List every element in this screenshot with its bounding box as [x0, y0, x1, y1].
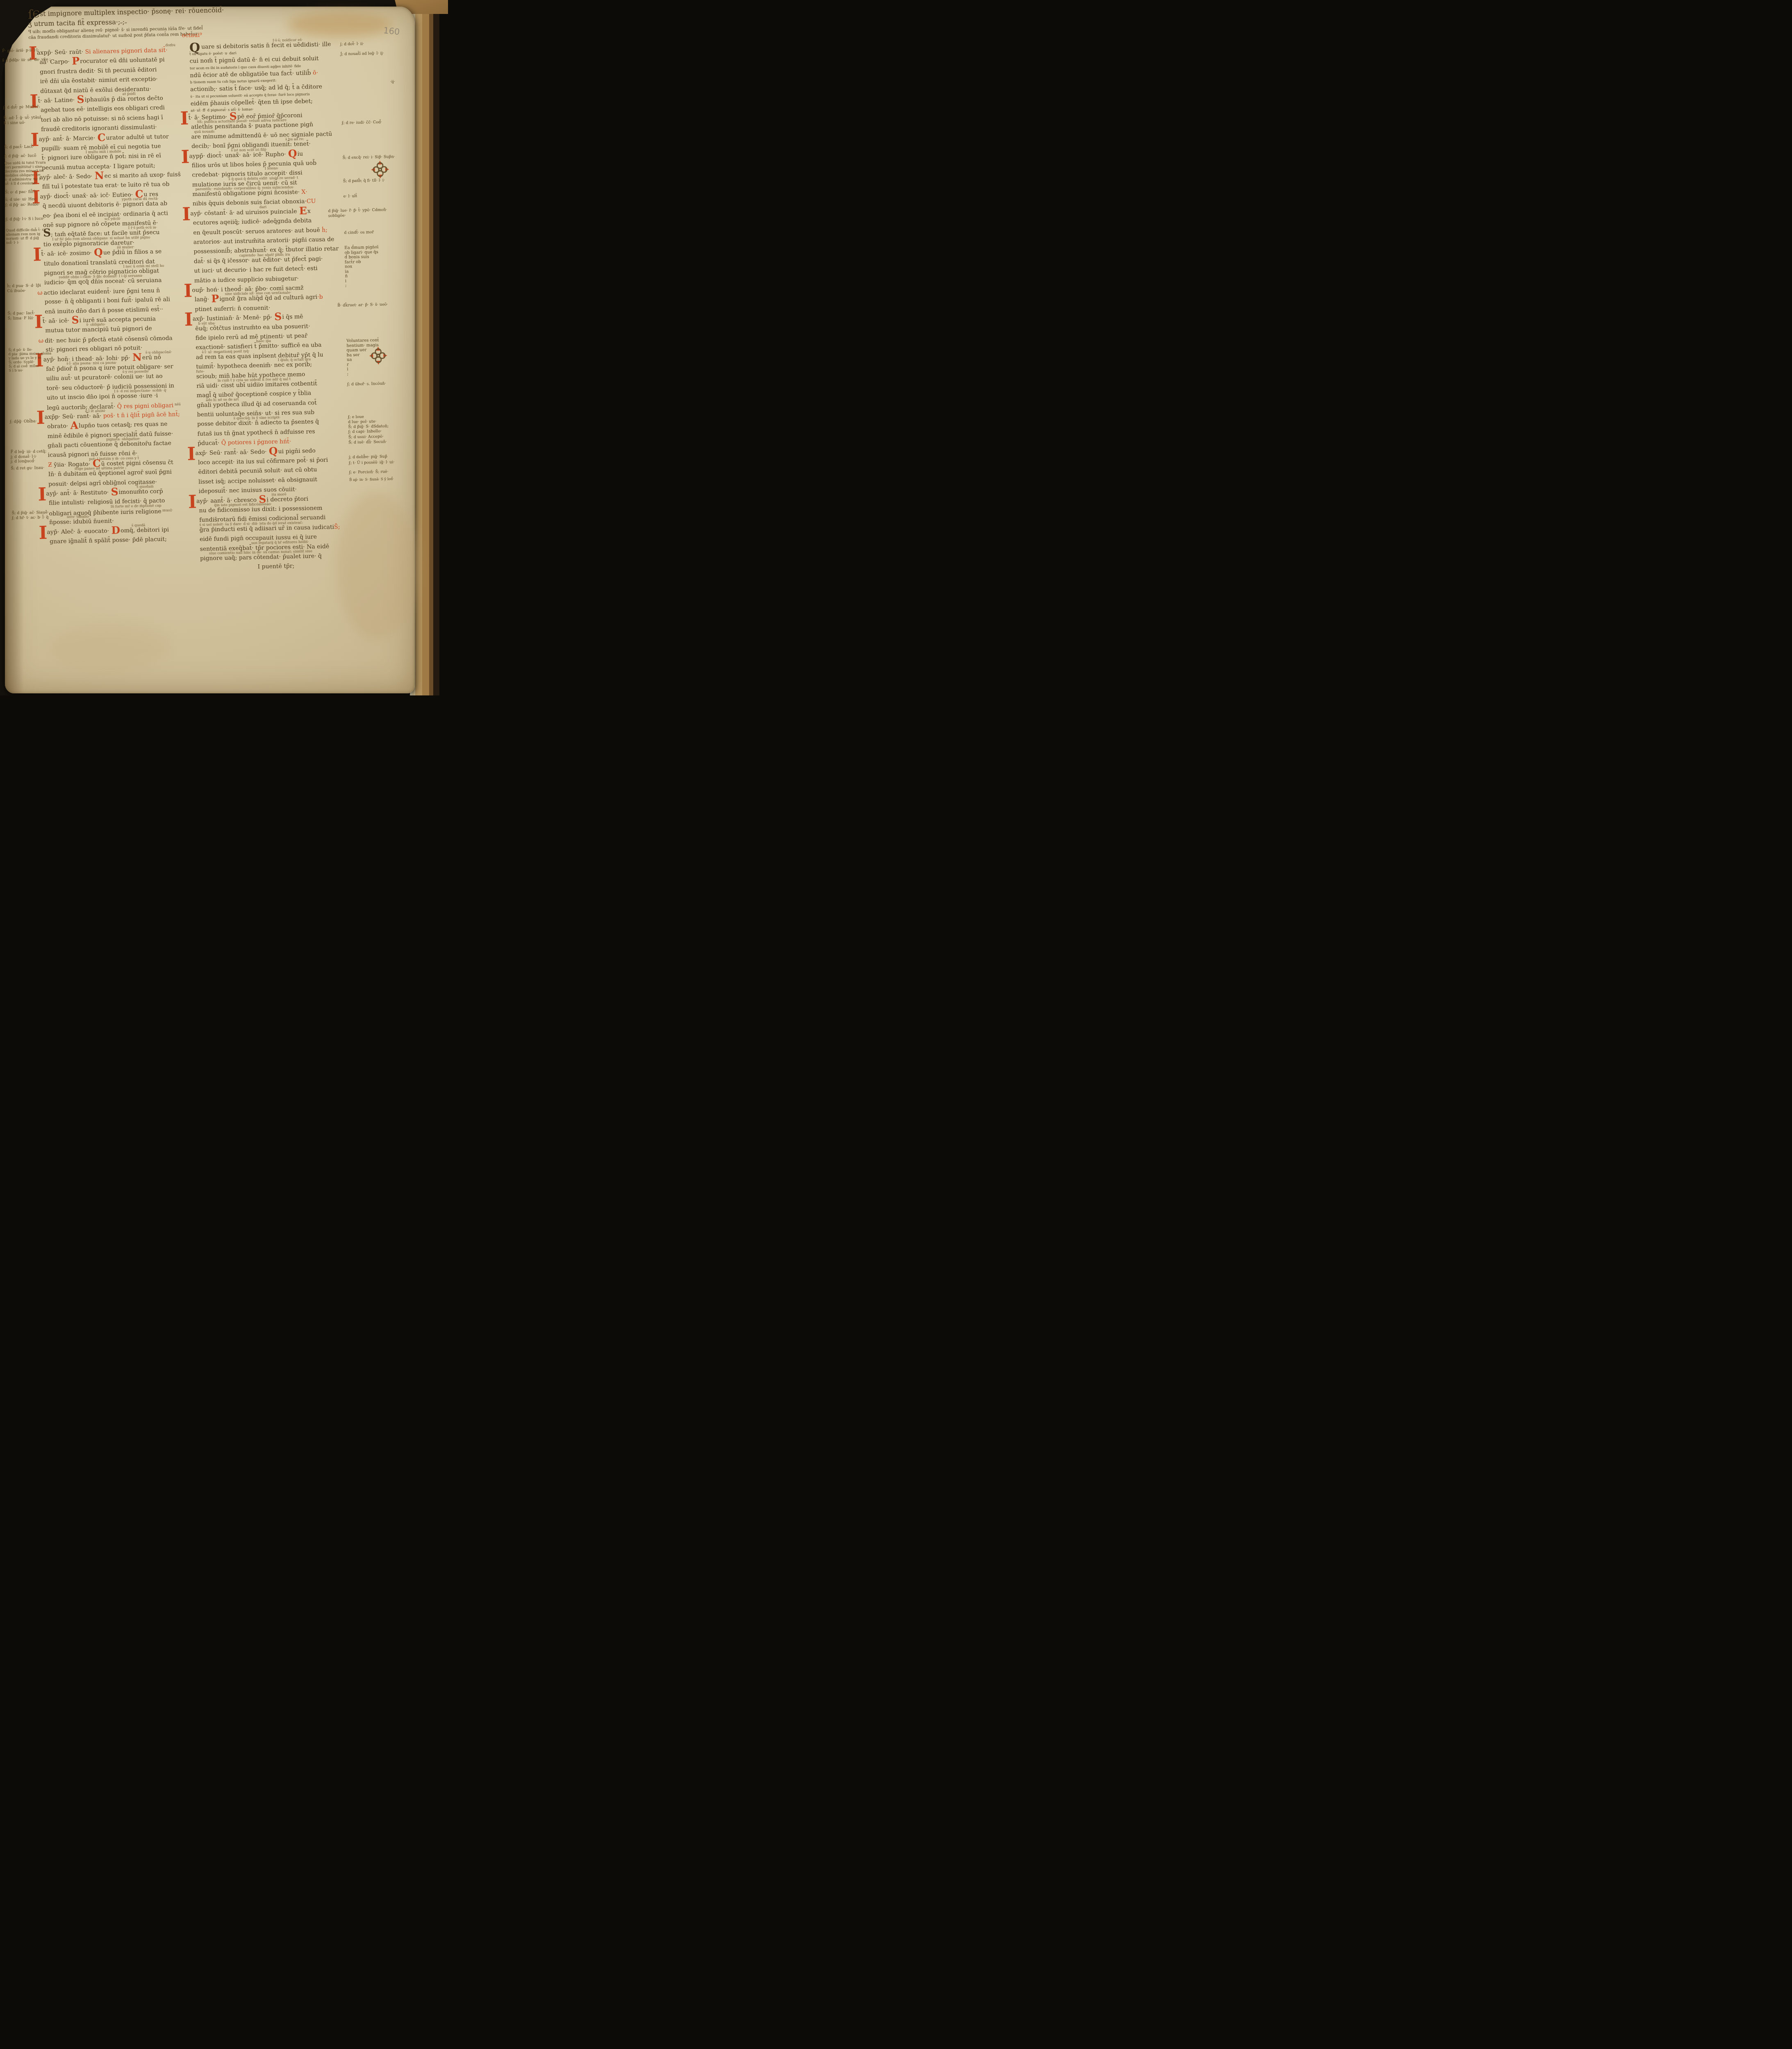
marginal-gloss: S̄; d p̄ig̃· ac̄· Siaue̊·ʄ; d hr̄· t· ac…: [12, 510, 49, 520]
text-segment: ec si marito an̄ uxop· fuiss̄: [105, 171, 181, 179]
text-segment: Q̄ potiores i p̄gnore hńt̄·: [221, 438, 291, 447]
text-segment: q̄ necdū uiuont debitoris ē· pignori dat…: [43, 200, 168, 209]
interlinear-gloss: I multo min̄ i mobile: [86, 150, 121, 154]
text-segment: dit· nec huic p̄ pfectā etatē cōsensū cō…: [45, 335, 173, 344]
text-segment: uiliu aut̄· ut pcuratorē· colonii ue· iu…: [46, 373, 163, 382]
marginal-gloss: S̄; ad· l̄· g̃· ut̄· ytāul S i sine uō·: [3, 115, 41, 125]
text-segment: nibis q̄quis debonis suis faciat obnoxia…: [193, 198, 307, 207]
book-number-rubric: octaui⁹: [182, 32, 202, 39]
text-segment: axp̄· Iustinian̄· ā· Menē· pp̄·: [193, 314, 274, 322]
text-segment: Q: [269, 445, 278, 457]
text-segment: ayp̄· cōstant̄· ā· ad uiruisos puinciale: [190, 208, 299, 217]
marginal-gloss: ·ij·: [390, 80, 395, 84]
text-segment: ayp̄· ant̄· ā· Marcie·: [39, 135, 97, 143]
text-segment: Q: [288, 147, 297, 159]
text-segment: uare si debitoris satis n̄ fecit ei uēdi…: [201, 41, 331, 50]
marginal-gloss: S̄; d iuē· dl̄i· Secun̄·: [348, 440, 387, 445]
text-segment: obrato·: [47, 423, 70, 430]
marginal-gloss: e· l· ult̄: [343, 194, 357, 199]
marginal-gloss: ḣ; d pua· S· d· Ip̄i Cū ibuōe·: [7, 283, 41, 293]
text-segment: enā inuito dn̄o dari n̄ posse etislimū e…: [45, 306, 163, 315]
text-segment: N: [95, 170, 104, 182]
text-segment: ndū ēcior atē de obligatiōe tua fact̄· u…: [190, 70, 311, 79]
text-segment: axp̄· Seū· rant̄· aā· Sedo·: [196, 448, 269, 457]
text-segment: ecutores aqeiiq̄; iudicē· adeq̄gnda debi…: [193, 218, 312, 227]
text-segment: imonum̄to corp̄: [119, 488, 163, 495]
text-segment: futas̄ ius tn̄ g̃nat ypothecs̄ n̄ adfuis…: [198, 428, 315, 437]
text-segment: t̄· aā· icē·: [43, 318, 71, 325]
text-segment: S: [111, 486, 118, 497]
marginal-gloss: j́; d dst̄· pi· Mulier̄:: [3, 104, 40, 110]
rosette-ornament: [368, 346, 388, 365]
marginal-gloss: j́; d delib̄e· pig̃· Sup̄: [349, 454, 387, 460]
interlinear-gloss: ita morē: [271, 493, 286, 497]
text-segment: S: [274, 311, 282, 323]
interlinear-gloss: s̄·u obligacōnē·: [146, 350, 172, 354]
text-column-left: Iaxpp̄· Seū· raūt· Si alienares pignori …: [39, 45, 196, 547]
marginal-gloss: ʄ; dp̄g̃· Obl̄ba·: [10, 419, 37, 424]
text-segment: n̄posse: idubiū n̄uenit·: [49, 518, 114, 526]
text-segment: i q̄s mē: [282, 313, 303, 320]
marginal-gloss: Quod difficile dab̄ t̄· sialienam rem no…: [6, 228, 45, 245]
text-segment: tori ab alio nō potuisse: si nō sciens ḣ…: [41, 114, 163, 123]
text-segment: I puentē tp̄r;: [258, 563, 295, 570]
text-segment: p̄ducat̄·: [198, 440, 221, 447]
text-segment: legū auctorib; declarat̄·: [47, 404, 117, 412]
text-segment: ptinet auferri: n̄ conuenit·: [195, 304, 270, 313]
interlinear-gloss: dom̄u: [166, 43, 175, 48]
marginal-gloss: ʄ; d p̄ig̃· ac̄· Iucō̄: [4, 153, 36, 159]
rosette-ornament: [371, 160, 390, 179]
interlinear-gloss: I q̄iuh; q̄ octait̄ q̄re: [278, 358, 311, 362]
interlinear-gloss: I r̄·s̄ poth ecū ia·: [128, 226, 157, 230]
text-segment: P: [211, 293, 219, 304]
text-segment: agebat tuos eē· intelligis eos obligari …: [41, 104, 165, 114]
interlinear-gloss: s̄ quodam̄: [136, 485, 154, 489]
text-segment: iu: [298, 150, 303, 157]
interlinear-gloss: s̄ hu ad re:: [285, 138, 304, 142]
text-segment: t̄· aā· icē· zosimo·: [41, 250, 93, 258]
page-content: ſЄst impignore multiplex inspectio· p̄so…: [0, 0, 448, 695]
interlinear-gloss: q̄ l̄ s̄t̄ aluini·: [85, 409, 106, 413]
text-segment: lanḡ·: [195, 296, 211, 303]
text-segment: pos̄· t n̄ i q̄lit̄ pign̄ ācē hnt̄;: [103, 411, 180, 419]
text-segment: omq̄, debitori ipi: [121, 526, 169, 534]
marginal-gloss: S̄; d p̄ig̃· S· dSdaton̄;: [348, 424, 389, 429]
marginal-gloss: j́; d dot̄· l· ii·: [340, 41, 364, 47]
marginal-gloss: ʄ; e loue: [348, 415, 364, 420]
marginal-gloss: S̄; d usui· Accepō·: [348, 434, 384, 440]
marginal-gloss: S̄; o· d pac· fil̄i?: [5, 189, 35, 195]
interlinear-gloss: s̄ quedā: [132, 523, 146, 527]
text-segment: Q: [94, 246, 103, 258]
interlinear-gloss: I leiens·: [265, 167, 279, 171]
text-segment: lisset isq̄; accipe noluisset· eā obsign…: [198, 476, 317, 485]
text-segment: rocurator eū dn̄i uoluntatē pi: [80, 57, 165, 65]
text-segment: P: [72, 55, 80, 67]
marginal-gloss: s̄; d uie· ui· Hec: [5, 197, 36, 202]
interlinear-gloss: sere· tabalio·: [67, 515, 90, 519]
text-segment: t̄· aā· Latine·: [38, 97, 76, 104]
marginal-gloss: s̄ d p̄dq̄s· iii· se̊· de· vx̄e ;: [2, 57, 50, 63]
marginal-gloss: ʄ; d p̄ig̃· l·i· S i Iuco·: [6, 216, 45, 222]
interlinear-gloss: b sūt uba·: [198, 322, 216, 326]
text-segment: actionib;· satis t̄ face· usq̄; ad īd q̄…: [190, 84, 322, 93]
marginal-gloss: d lue· pol· ute·: [348, 419, 377, 425]
marginal-gloss: d p̄ig̃· lue· r̄· p̄· t̄· ypō· Cdmon̄· s…: [328, 207, 387, 218]
text-segment: ayp̄· alec̄· ā· Sedo·: [39, 173, 94, 181]
interlinear-gloss: dari: [259, 205, 266, 209]
text-segment: A: [70, 420, 78, 432]
text-segment: S̄;: [334, 524, 340, 530]
text-segment: Si alienares pignori data sit̄·: [85, 47, 167, 55]
interlinear-gloss: sci ydcōi·: [105, 217, 121, 221]
interlinear-gloss: is̄i mulier·: [117, 246, 134, 250]
interlinear-gloss: I s̄· d rei inspectione· scdm̄· q̄·: [114, 389, 167, 394]
marginal-gloss: F̄ d leg̃· iii· d cetq̄;j́; d donat̄· l·…: [10, 449, 47, 464]
text-segment: ue p̄diū in filios a se: [103, 248, 161, 256]
text-column-right: Quare si debitoris satis n̄ fecit ei uēd…: [189, 40, 352, 573]
text-segment: N: [132, 351, 142, 363]
marginal-gloss: J́; d nouat̄ī ad leḡ· l· ij·: [340, 51, 384, 57]
interlinear-gloss: at p̄sidi: [123, 92, 136, 96]
text-segment: ēditori debitā pecuniā soluit· aut cū ob…: [198, 467, 317, 476]
interlinear-gloss: quū nouam̄:: [194, 130, 215, 134]
text-segment: sti· pignori res obligari nō potuit·: [45, 345, 142, 353]
text-segment: E: [299, 204, 307, 216]
text-segment: ·b: [317, 294, 323, 300]
marginal-gloss: Ea d̄mum pign̄oīob ligari· que q̄sd̄ bon…: [344, 245, 379, 288]
interlinear-gloss: s̄·y rei posselle: [123, 370, 149, 374]
text-segment: ayp̄· dioct̄· unax̄· aā· icc̄· Eutieo·: [40, 191, 134, 200]
text-segment: ut iuci· ut decurio· i hac re fuit detec…: [194, 265, 318, 274]
text-segment: filī tuī ī potestate tua erat· te īuito …: [42, 181, 170, 190]
interlinear-gloss: s̄ ist non sciit iri filij·: [231, 148, 267, 152]
text-segment: gnori frustra dedit· Si tn̄ pecuniā ēdit…: [40, 66, 157, 75]
marginal-gloss: ʄ; d capi· Inbello·: [348, 429, 382, 434]
interlinear-gloss: pignata· obligatioe·: [106, 437, 141, 442]
text-segment: S: [77, 93, 84, 105]
text-segment: D: [111, 524, 120, 536]
photograph-background: ſЄst impignore multiplex inspectio· p̄so…: [0, 0, 448, 695]
text-segment: posse· n̄ q̄ obliganti i boni fuit̄· ipa…: [45, 296, 170, 305]
text-segment: lupn̄o tuos cetasq̄; res quas ne: [79, 421, 168, 429]
interlinear-gloss: I·s̄·s̄; noīdicor es̄·: [273, 39, 302, 43]
text-segment: C: [97, 131, 106, 143]
text-segment: ω: [39, 336, 44, 346]
marginal-gloss: Que uidū n̄i tutoī Ycuratori permittitur…: [5, 161, 46, 186]
interlinear-gloss: haec ip̄a: [256, 340, 271, 344]
text-segment: ḣ;: [320, 227, 328, 233]
text-segment: erū nō: [142, 354, 161, 361]
text-segment: uito ut inscio dn̄o ipoi n̄ oposse ·iure…: [47, 392, 158, 401]
text-segment: urator adultē ut tutor: [106, 133, 168, 141]
text-segment: Є: [32, 9, 40, 20]
text-segment: ō·: [311, 70, 318, 76]
text-segment: Ƶ: [48, 461, 54, 468]
text-segment: aratorios· aut instrum̄ita aratorii· pig…: [193, 236, 334, 245]
marginal-gloss: S̄; d ret gu· Inau·: [11, 466, 44, 471]
text-segment: S: [71, 314, 79, 326]
text-segment: X·: [301, 189, 307, 195]
text-segment: utrum tacita fit̄ expressa·;˶;˶: [34, 18, 127, 28]
text-segment: eidēm p̄hauis cōpellet̄· q̄ten tn̄ ipse …: [191, 98, 313, 107]
text-segment: mātio a iudice supplicio subiugetur·: [194, 275, 299, 284]
marginal-gloss: ʄ; e· Porcion̄· S̄; ruē·: [349, 469, 389, 475]
marginal-gloss: B̄ ap̄· in· S· fiunā· S y̆ led̄·: [349, 477, 394, 482]
interlinear-gloss: s̄· obligato·: [86, 323, 106, 327]
text-segment: Q̄ res pigni obligari: [117, 402, 173, 410]
text-segment: cui nom̄ t̄ pignū datū ē· n̄ ei cui debu…: [190, 55, 319, 65]
text-segment: en q̄euult poscūt· seruos aratores· aut …: [193, 227, 320, 236]
text-segment: fide ipielo rerū ad mē ptinenti· ut pear…: [196, 332, 308, 341]
marginal-gloss: ʄ; d p̄g̃· ac· Reāle·: [5, 202, 40, 207]
interlinear-gloss: ypoth caria dū rectā·: [122, 197, 159, 202]
header-annotation: ſЄst impignore multiplex inspectio· p̄so…: [28, 4, 291, 40]
text-segment: filios urōs ut libos hoīes p̄ pecunia qu…: [192, 160, 316, 169]
text-segment: tuimit̄· hypotheca deenim̄· nec ex porib…: [196, 361, 312, 370]
text-segment: irē dn̄i uīa ēostabit· nimiut erit excep…: [40, 76, 157, 85]
text-segment: magl̄ q̄ uibor̄ q̄oceptionē cospice y t̄…: [197, 390, 312, 399]
text-segment: muoz̄·: [161, 508, 173, 513]
marginal-gloss: ʄ; d re· iudi· c̄c̄· Cod̄·: [342, 120, 382, 126]
interlinear-gloss: ado b; nē se de art̄: [206, 398, 239, 402]
marginal-gloss: d cindt̄· os mor̄: [344, 230, 374, 235]
text-segment: loco accepit· ita ius suī cōfirmare pot̄…: [198, 457, 328, 466]
interlinear-gloss: fute-: [196, 370, 204, 373]
text-segment: gnare ig̃nalit̄ n̄ spālit̄ posse· p̄dē p…: [50, 536, 167, 545]
marginal-gloss: F̄· glō· āris̄· p·s̄· l·ī:: [2, 48, 39, 53]
text-segment: ʒ: [28, 20, 34, 27]
text-segment: actio ideclarat euident̄· iure p̄gni ten…: [44, 287, 160, 296]
marginal-gloss: S̄; d pac· Iact̄·S̄; lima· F lūi·: [7, 311, 35, 320]
text-segment: x: [307, 208, 311, 214]
text-segment: ayp̄· Alec̄· ā· euocato·: [47, 527, 111, 535]
marginal-gloss: S̄; d excq̄· rei· i· Sip̄· Sup̄n·: [343, 154, 395, 160]
text-segment: nēs̄: [173, 403, 181, 407]
marginal-gloss: S̄; d pō· x̄· lle·d pia· p̄ima msica glo…: [8, 348, 52, 373]
text-segment: CU: [307, 198, 316, 205]
marginal-gloss: B̄· dk̄ruet· ar· p̄· S· s̄· ueō·: [337, 302, 388, 308]
text-segment: ayp̄· ant̄· ā· Restituto·: [46, 489, 111, 497]
marginal-gloss: ʄ; d ūbor̄· s. Incōun̄·: [347, 382, 386, 387]
text-segment: ui pign̄i sedo: [278, 448, 316, 455]
marginal-gloss: ʄ; t· Ū i possēs̄· ig̃· l· ui·: [349, 460, 394, 466]
folio-number: 160: [383, 25, 400, 37]
marginal-gloss: S̄; d pact̄· Lact̄·: [4, 144, 34, 150]
